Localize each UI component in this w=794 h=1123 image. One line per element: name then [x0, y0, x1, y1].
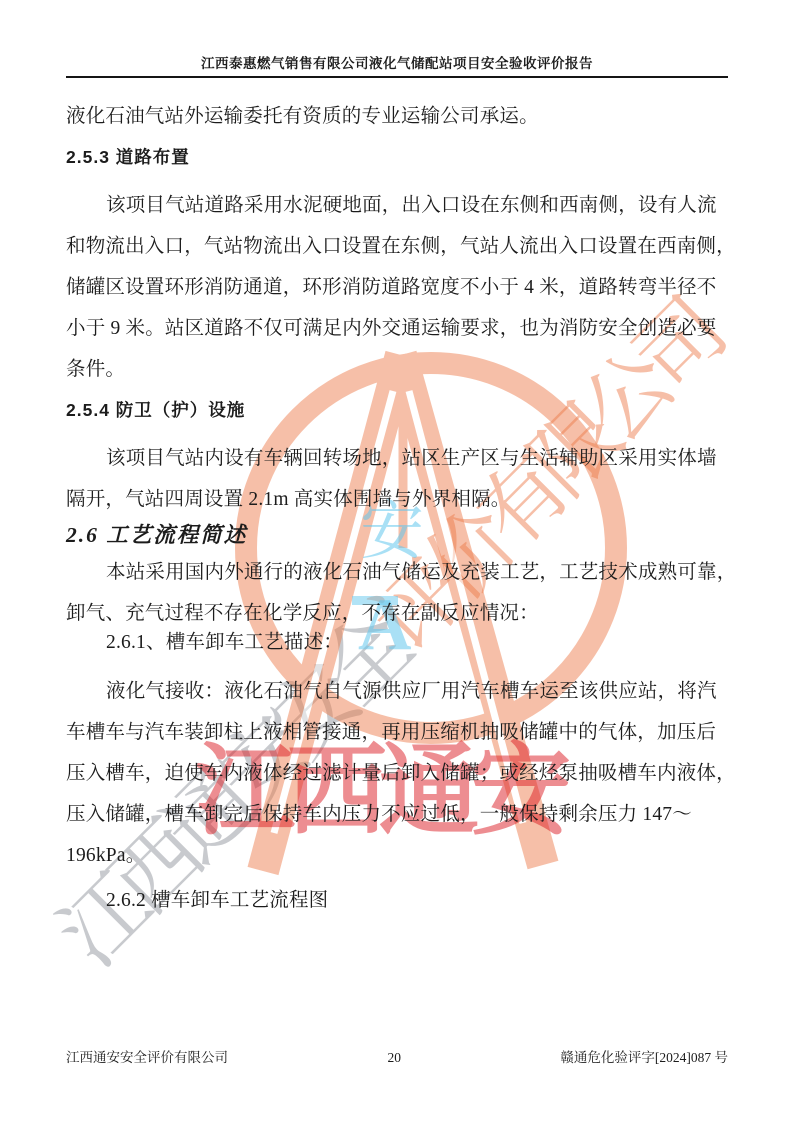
footer-page-number: 20 — [387, 1050, 401, 1066]
text-line: 和物流出入口，气站物流出入口设置在东侧，气站人流出入口设置在西南侧， — [66, 226, 728, 267]
text-line: 该项目气站内设有车辆回转场地，站区生产区与生活辅助区采用实体墙 — [66, 438, 728, 479]
text-line: 液化气接收：液化石油气自气源供应厂用汽车槽车运至该供应站，将汽 — [66, 671, 728, 712]
text-line: 该项目气站道路采用水泥硬地面，出入口设在东侧和西南侧，设有人流 — [66, 185, 728, 226]
text-line: 储罐区设置环形消防通道，环形消防道路宽度不小于 4 米，道路转弯半径不 — [66, 267, 728, 308]
footer-company: 江西通安安全评价有限公司 — [66, 1046, 228, 1066]
document-page: 江西通安安全评价有限公司 安 A 江西通安 江西泰惠燃气销售有限公司液化气储配站… — [0, 0, 794, 1123]
page-footer: 江西通安安全评价有限公司 20 赣通危化验评字[2024]087 号 — [66, 1046, 728, 1066]
text-line: 2.6.2 槽车卸车工艺流程图 — [66, 880, 728, 921]
body-blocks: 液化石油气站外运输委托有资质的专业运输公司承运。2.5.3 道路布置该项目气站道… — [66, 96, 728, 921]
text-line: 车槽车与汽车装卸柱上液相管接通，再用压缩机抽吸储罐中的气体，加压后 — [66, 712, 728, 753]
text-line: 2.5.3 道路布置 — [66, 137, 728, 185]
header-divider — [66, 76, 728, 78]
text-line: 压入槽车，迫使车内液体经过滤计量后卸入储罐；或经烃泵抽吸槽车内液体， — [66, 753, 728, 794]
text-line: 条件。 — [66, 349, 728, 390]
text-line: 2.5.4 防卫（护）设施 — [66, 390, 728, 438]
page-header-title: 江西泰惠燃气销售有限公司液化气储配站项目安全验收评价报告 — [66, 52, 728, 72]
text-line: 本站采用国内外通行的液化石油气储运及充装工艺，工艺技术成熟可靠， — [66, 552, 728, 593]
text-line: 压入储罐，槽车卸完后保持车内压力不应过低，一般保持剩余压力 147～ — [66, 794, 728, 835]
text-line: 196kPa。 — [66, 835, 728, 876]
footer-doc-number: 赣通危化验评字[2024]087 号 — [560, 1046, 728, 1066]
text-line: 液化石油气站外运输委托有资质的专业运输公司承运。 — [66, 96, 728, 137]
text-line: 小于 9 米。站区道路不仅可满足内外交通运输要求，也为消防安全创造必要 — [66, 308, 728, 349]
